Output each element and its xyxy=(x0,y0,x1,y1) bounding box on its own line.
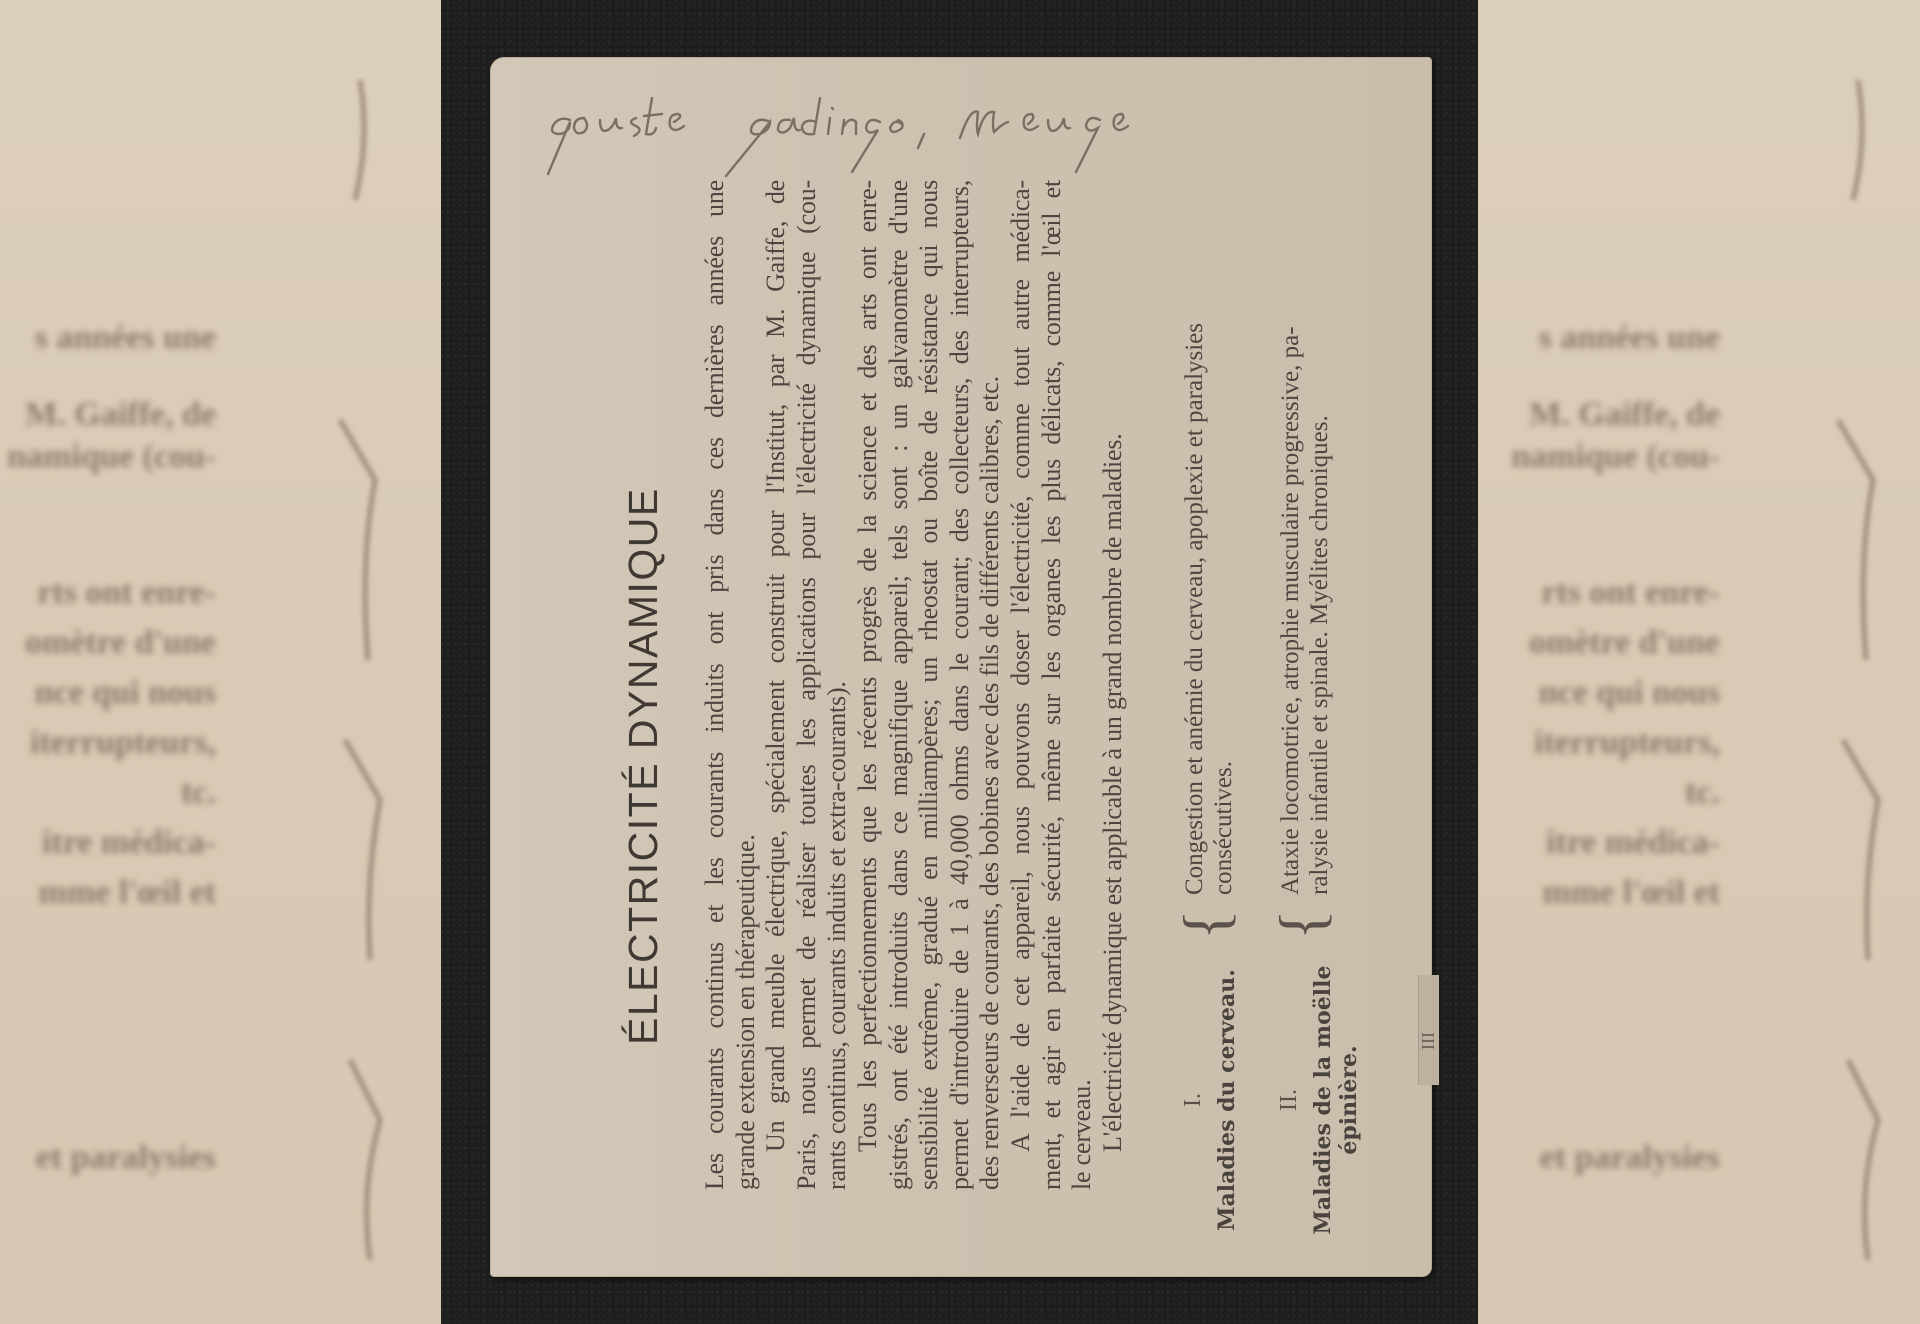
blurred-text-line: mme l'œil et xyxy=(39,873,217,913)
disease-number: I. xyxy=(1180,960,1207,1240)
brace-icon: { xyxy=(1174,900,1238,940)
paragraph-1: Les courants continus et les courants in… xyxy=(700,180,761,1190)
blurred-text-line: omètre d'une xyxy=(1529,623,1720,663)
blurred-handwriting xyxy=(330,40,390,1280)
partial-section-number: III xyxy=(1418,1032,1439,1050)
paragraph-3: Tous les perfectionnements que les récen… xyxy=(853,180,1006,1190)
disease-number: II. xyxy=(1276,960,1303,1240)
blurred-handwriting xyxy=(1828,40,1888,1280)
body-text: Les courants continus et les courants in… xyxy=(700,180,1128,1190)
text-line: Tous les perfectionnements que les récen… xyxy=(853,180,884,1190)
text-line: grande extension en thérapeutique. xyxy=(731,180,762,1190)
blurred-text-line: itre médica- xyxy=(42,823,216,863)
text-line: permet d'introduire de 1 à 40,000 ohms d… xyxy=(945,180,976,1190)
blurred-text-line: s années une xyxy=(35,318,216,358)
brace-icon: { xyxy=(1270,900,1334,940)
blurred-text-line: rts ont enre- xyxy=(1541,573,1720,613)
text-line: Les courants continus et les courants in… xyxy=(700,180,731,1190)
text-line: ment, et agir en parfaite sécurité, même… xyxy=(1037,180,1068,1190)
blurred-text-line: s années une xyxy=(1539,318,1720,358)
text-line: le cerveau. xyxy=(1067,180,1098,1190)
text-line: Paris, nous permet de réaliser toutes le… xyxy=(792,180,823,1190)
blurred-text-line: nce qui nous xyxy=(1539,673,1720,713)
paragraph-4: A l'aide de cet appareil, nous pouvons d… xyxy=(1006,180,1098,1190)
text-line: sensibilité extrême, gradué en milliampè… xyxy=(914,180,945,1190)
disease-entry-spinal-cord: II. Maladies de la moëlle épinière. { At… xyxy=(1276,180,1396,1240)
printed-content: ÉLECTRICITÉ DYNAMIQUE Les courants conti… xyxy=(620,180,1420,1240)
text-line: gistrés, ont été introduits dans ce magn… xyxy=(884,180,915,1190)
blurred-text-line: tc. xyxy=(1685,773,1720,813)
handwritten-note: gouste gadingo, meuge xyxy=(540,78,1300,178)
page-title: ÉLECTRICITÉ DYNAMIQUE xyxy=(620,487,667,1045)
blurred-text-line: namique (cou- xyxy=(1511,437,1720,477)
disease-description: Ataxie locomotrice, atrophie musculaire … xyxy=(1276,205,1334,895)
text-line: A l'aide de cet appareil, nous pouvons d… xyxy=(1006,180,1037,1190)
disease-description: Congestion et anémie du cerveau, apoplex… xyxy=(1180,205,1238,895)
blurred-text-line: namique (cou- xyxy=(7,437,216,477)
description-line: ralysie infantile et spinale. Myélites c… xyxy=(1305,205,1334,895)
blurred-text-line: mme l'œil et xyxy=(1543,873,1721,913)
blurred-text-line: et paralysies xyxy=(1540,1138,1720,1178)
text-line: Un grand meuble électrique, spécialement… xyxy=(761,180,792,1190)
blurred-text-line: et paralysies xyxy=(36,1138,216,1178)
blurred-text-line: iterrupteurs, xyxy=(30,723,216,763)
blurred-text-line: itre médica- xyxy=(1546,823,1720,863)
blurred-text-line: M. Gaiffe, de xyxy=(1529,395,1720,435)
torn-edge-tab xyxy=(1418,975,1439,1085)
text-line: L'électricité dynamique est applicable à… xyxy=(1098,180,1129,1190)
text-line: rants continus, courants induits et extr… xyxy=(822,180,853,1190)
disease-name-line: épinière. xyxy=(1336,960,1362,1240)
blurred-right-panel: s années une M. Gaiffe, de namique (cou-… xyxy=(1478,0,1920,1324)
description-line: Ataxie locomotrice, atrophie musculaire … xyxy=(1276,205,1305,895)
blurred-text-line: iterrupteurs, xyxy=(1534,723,1720,763)
description-line: Congestion et anémie du cerveau, apoplex… xyxy=(1180,205,1209,895)
blurred-text-line: nce qui nous xyxy=(35,673,216,713)
description-line: consécutives. xyxy=(1209,205,1238,895)
text-line: des renverseurs de courants, des bobines… xyxy=(975,180,1006,1190)
disease-name: Maladies de la moëlle épinière. xyxy=(1310,960,1362,1240)
paragraph-2: Un grand meuble électrique, spécialement… xyxy=(761,180,853,1190)
blurred-left-panel: s années une M. Gaiffe, de namique (cou-… xyxy=(0,0,441,1324)
disease-name: Maladies du cerveau. xyxy=(1214,960,1240,1240)
blurred-text-line: M. Gaiffe, de xyxy=(25,395,216,435)
blurred-text-line: rts ont enre- xyxy=(37,573,216,613)
blurred-text-line: omètre d'une xyxy=(25,623,216,663)
paragraph-5: L'électricité dynamique est applicable à… xyxy=(1098,180,1129,1190)
blurred-text-line: tc. xyxy=(181,773,216,813)
disease-name-line: Maladies de la moëlle xyxy=(1310,960,1336,1240)
